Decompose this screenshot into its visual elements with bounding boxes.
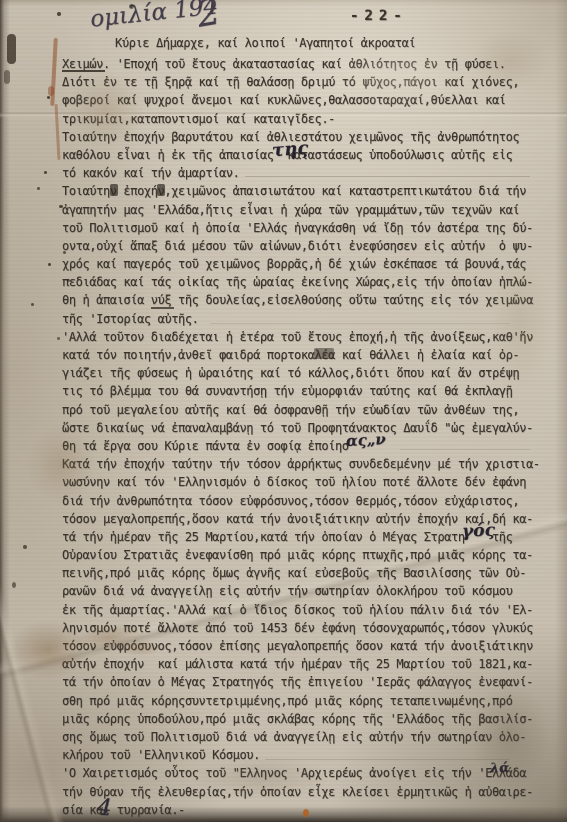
speck — [63, 251, 66, 254]
speck — [31, 303, 34, 306]
overstrike-blob — [110, 184, 118, 196]
correction-as: ας„ν — [346, 430, 387, 450]
correction-tis: της — [271, 138, 309, 161]
speck — [12, 582, 16, 588]
faint-dotted-rule — [245, 176, 530, 177]
edge-blob — [4, 70, 10, 84]
stain — [490, 250, 550, 390]
speck — [129, 4, 134, 9]
speck — [44, 171, 47, 174]
typed-line: τοῦ Πολιτισμοῦ καί ἡ ὁποία 'Ελλάς ἠναγκά… — [62, 219, 562, 237]
speck — [37, 187, 40, 190]
typed-line: 'Αλλά τοῦτον διαδέχεται ἡ ἑτέρα τοῦ ἔτου… — [62, 328, 562, 346]
stain — [118, 640, 162, 656]
document-page: -22- Κύριε Δήμαρχε, καί λοιποί 'Αγαπητοί… — [0, 0, 567, 822]
typed-line: γιάζει τῆς φύσεως ἡ ὡραιότης καί τό κάλλ… — [62, 364, 562, 382]
typed-line: Κατά τήν ἐποχήν ταύτην τήν τόσον ἀρρήκτω… — [62, 455, 562, 473]
typed-line: πρό τοῦ μεγαλείου αὐτῆς καί θά ὀσφρανθῇ … — [62, 401, 562, 419]
stain — [330, 40, 470, 110]
typed-line: Οὐρανίου Στρατιᾶς ἐνεφανίσθη πρό μιᾶς κό… — [62, 546, 562, 564]
typed-line: αὐτήν ἐποχήν καί μάλιστα κατά τήν ἡμέραν… — [62, 655, 562, 673]
typed-line: τό κακόν καί τήν ἁμαρτίαν. — [62, 164, 562, 182]
speck — [67, 279, 70, 282]
overstrike-blob — [314, 348, 334, 359]
typed-line: ἐκ τῆς ἁμαρτίας.'Αλλά καί ὁ ἴδιος δίσκος… — [62, 601, 562, 619]
stain — [26, 425, 96, 505]
faint-dotted-rule — [210, 323, 510, 324]
speck — [57, 12, 61, 16]
typed-line: πεδιάδας καί τάς οἰκίας τῆς ὡραίας ἐκείν… — [62, 273, 562, 291]
orange-spot — [303, 809, 309, 817]
correction-gos: γός — [462, 520, 496, 541]
speck — [59, 205, 63, 208]
typed-line: νωσύνην καί τόν 'Ελληνισμόν ὁ δίσκος τοῦ… — [62, 473, 562, 491]
typed-line: ρανῶν διά νά ἀναγγείλῃ εἰς αὐτήν τήν σωτ… — [62, 582, 562, 600]
annotation-big-2: 2 — [194, 0, 224, 36]
margin-mark-4: 4 — [96, 795, 112, 822]
typed-line: θη τά ἔργα σου Κύριε πάντα ἐν σοφίᾳ ἐποί… — [62, 437, 562, 455]
speck — [57, 337, 60, 340]
stain — [190, 755, 330, 800]
typed-line: ὥστε δικαίως νά ἐπαναλαμβάνῃ τό τοῦ Προφ… — [62, 419, 562, 437]
typed-line: διά τήν ἀνθρωπότητα τόσον εὐφρόσυνος,τόσ… — [62, 492, 562, 510]
faint-dotted-rule — [400, 449, 530, 450]
speck — [48, 263, 51, 266]
stain — [66, 70, 146, 150]
rust-streak — [55, 104, 61, 160]
typed-line: πεινῆς,πρό μιᾶς κόρης ὅμως ἁγνῆς καί εὐσ… — [62, 564, 562, 582]
underline-nyx — [151, 307, 174, 309]
overstrike-blob — [157, 184, 165, 196]
typed-line: τῆς 'Ιστορίας αὐτῆς. — [62, 310, 562, 328]
typed-line: θη ἡ ἀπαισία νύξ τῆς δουλείας,εἰσελθούση… — [62, 291, 562, 309]
speck — [23, 545, 27, 549]
rust-spot — [48, 86, 54, 96]
typed-line: κατά τόν ποιητήν,ἀνθεῖ φαιδρά πορτοκαλέα… — [62, 346, 562, 364]
edge-blob — [7, 34, 16, 64]
stain — [470, 680, 550, 790]
typed-line: σία καί τυρρανία.- — [62, 801, 562, 819]
typed-line: τις τό βλέμμα του θά συναντήσῃ τήν εὐμορ… — [62, 382, 562, 400]
speck — [47, 96, 50, 99]
typed-line: χρός καί παγερός τοῦ χειμῶνος βορρᾶς,ἡ δ… — [62, 255, 562, 273]
typed-line: οντα,οὐχί ἅπαξ διά μέσου τῶν αἰώνων,διότ… — [62, 237, 562, 255]
typed-line: Τοιαύτην ἐποχήν,χειμῶνος ἀπαισιωτάτου κα… — [62, 182, 562, 200]
typed-line: ἀγαπητήν μας 'Ελλάδα,ἥτις εἶναι ἡ χώρα τ… — [62, 201, 562, 219]
page-number: -22- — [350, 8, 408, 24]
stain — [470, 30, 550, 90]
